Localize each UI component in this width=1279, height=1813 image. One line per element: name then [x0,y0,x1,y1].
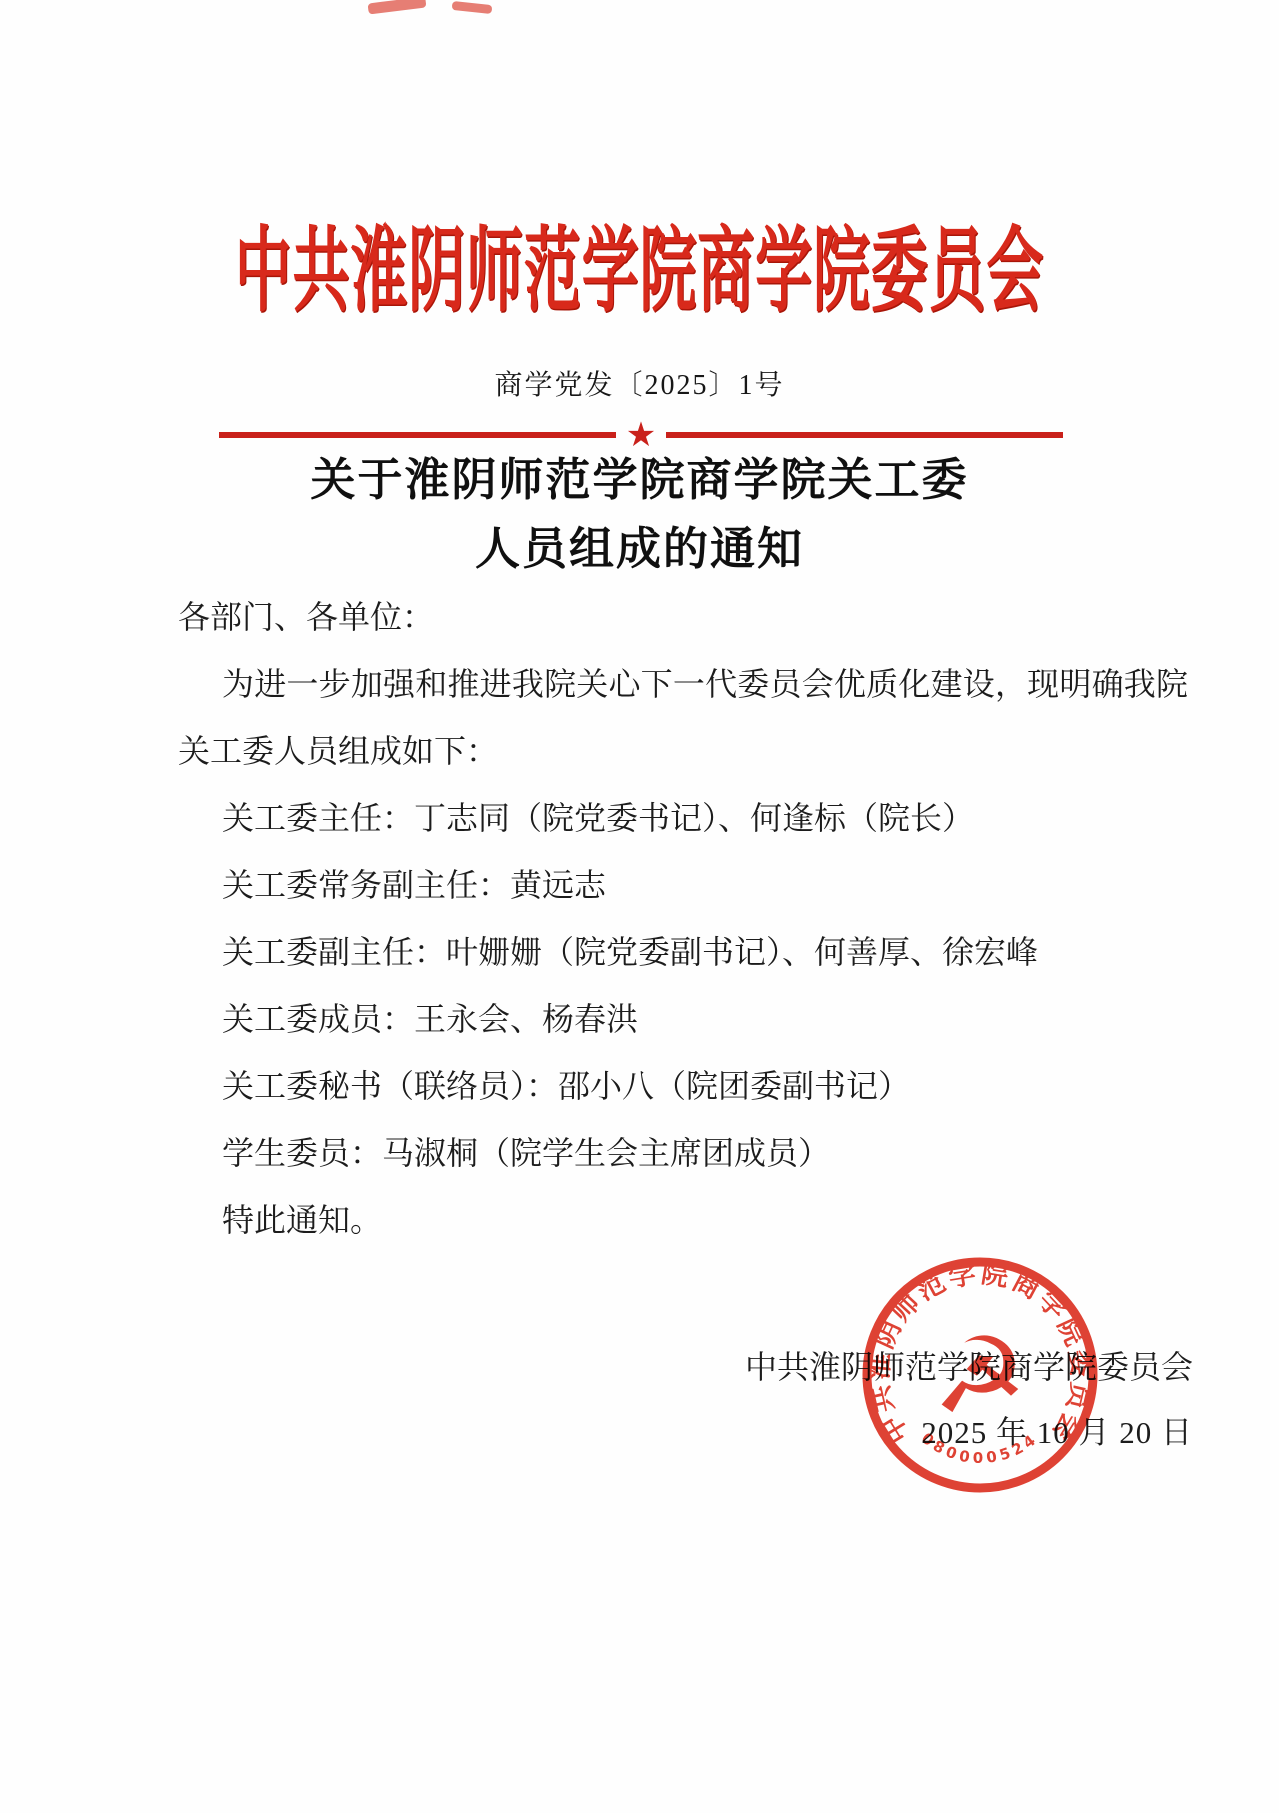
closing-line: 特此通知。 [178,1187,1188,1254]
member-line: 关工委成员：王永会、杨春洪 [178,986,1188,1053]
signature-date: 2025 年 10 月 20 日 [0,1400,1193,1466]
star-icon: ★ [626,424,656,446]
document-number: 商学党发〔2025〕1号 [0,368,1279,404]
member-line: 关工委副主任：叶姗姗（院党委副书记）、何善厚、徐宏峰 [178,919,1188,986]
member-line: 学生委员：马淑桐（院学生会主席团成员） [178,1120,1188,1187]
notice-title-line2: 人员组成的通知 [0,515,1279,584]
notice-title-line1: 关于淮阴师范学院商学院关工委 [0,446,1279,515]
red-header-org-title: 中共淮阴师范学院商学院委员会 [13,226,1266,319]
member-line: 关工委秘书（联络员）：邵小八（院团委副书记） [178,1053,1188,1120]
notice-body: 各部门、各单位： 为进一步加强和推进我院关心下一代委员会优质化建设，现明确我院关… [178,584,1188,1254]
divider-line-right [666,432,1063,438]
red-divider: ★ [219,424,1063,446]
intro-paragraph: 为进一步加强和推进我院关心下一代委员会优质化建设，现明确我院关工委人员组成如下： [178,651,1188,785]
scan-artifact [368,0,427,14]
official-document-page: 中共淮阴师范学院商学院委员会 商学党发〔2025〕1号 ★ 关于淮阴师范学院商学… [0,0,1279,1813]
salutation: 各部门、各单位： [178,584,1188,651]
signature-block: 中共淮阴师范学院商学院委员会 2025 年 10 月 20 日 [0,1334,1279,1466]
notice-title: 关于淮阴师范学院商学院关工委 人员组成的通知 [0,446,1279,584]
member-line: 关工委主任：丁志同（院党委书记）、何逢标（院长） [178,785,1188,852]
member-line: 关工委常务副主任：黄远志 [178,852,1188,919]
scan-artifact [452,1,493,14]
signature-org: 中共淮阴师范学院商学院委员会 [0,1334,1193,1400]
divider-line-left [219,432,616,438]
